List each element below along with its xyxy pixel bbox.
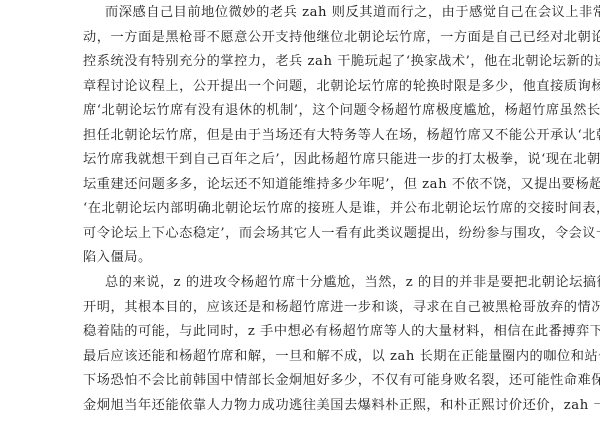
text-line: 席‘北朝论坛竹席有没有退休的机制’，这个问题令杨超竹席极度尴尬，杨超竹席虽然长期	[83, 99, 519, 124]
text-line: 陷入僵局。	[83, 246, 519, 271]
text-line: 章程讨论议程上，公开提出一个问题，北朝论坛竹席的轮换时限是多少，他直接质询杨超竹	[83, 75, 519, 100]
document-page: 而深感自己目前地位微妙的老兵 zah 则反其道而行之，由于感觉自己在会议上非常被…	[83, 1, 519, 418]
paragraph-2: 总的来说，z 的进攻令杨超竹席十分尴尬，当然，z 的目的并非是要把北朝论坛搞得更…	[83, 271, 519, 418]
text-line: 可令论坛上下心态稳定’，而会场其它人一看有此类议题提出，纷纷参与围攻，令会议一度	[83, 222, 519, 247]
paragraph-1: 而深感自己目前地位微妙的老兵 zah 则反其道而行之，由于感觉自己在会议上非常被…	[83, 1, 519, 271]
text-line: 总的来说，z 的进攻令杨超竹席十分尴尬，当然，z 的目的并非是要把北朝论坛搞得更	[83, 271, 519, 296]
text-line: 动，一方面是黑枪哥不愿意公开支持他继位北朝论坛竹席，一方面是自己已经对北朝论坛内	[83, 26, 519, 51]
text-line: 下场恐怕不会比前韩国中情部长金炯旭好多少，不仅有可能身败名裂，还可能性命难保，而	[83, 369, 519, 394]
text-line: 最后应该还能和杨超竹席和解，一旦和解不成，以 zah 长期在正能量圈内的咖位和站…	[83, 345, 519, 370]
text-line: 坛重建还问题多多，论坛还不知道能维持多少年呢’，但 zah 不依不饶，又提出要杨…	[83, 173, 519, 198]
text-line: 开明，其根本目的，应该还是和杨超竹席进一步和谈，寻求在自己被黑枪哥放弃的情况下平	[83, 296, 519, 321]
text-line: 而深感自己目前地位微妙的老兵 zah 则反其道而行之，由于感觉自己在会议上非常被	[83, 1, 519, 26]
text-line: 稳着陆的可能，与此同时，z 手中想必有杨超竹席等人的大量材料，相信在此番搏弈下，…	[83, 320, 519, 345]
text-line: 担任北朝论坛竹席，但是由于当场还有大特务等人在场，杨超竹席又不能公开承认‘北朝论	[83, 124, 519, 149]
text-line: ‘在北朝论坛内部明确北朝论坛竹席的接班人是谁，并公布北朝论坛竹席的交接时间表，方	[83, 197, 519, 222]
text-line: 控系统没有特别充分的掌控力，老兵 zah 干脆玩起了‘换家战术’，他在北朝论坛新…	[83, 50, 519, 75]
text-line: 坛竹席我就想干到自己百年之后’，因此杨超竹席只能进一步的打太极拳，说‘现在北朝论	[83, 148, 519, 173]
text-line: 金炯旭当年还能依靠人力物力成功逃往美国去爆料朴正熙，和朴正熙讨价还价，zah 一…	[83, 394, 519, 419]
